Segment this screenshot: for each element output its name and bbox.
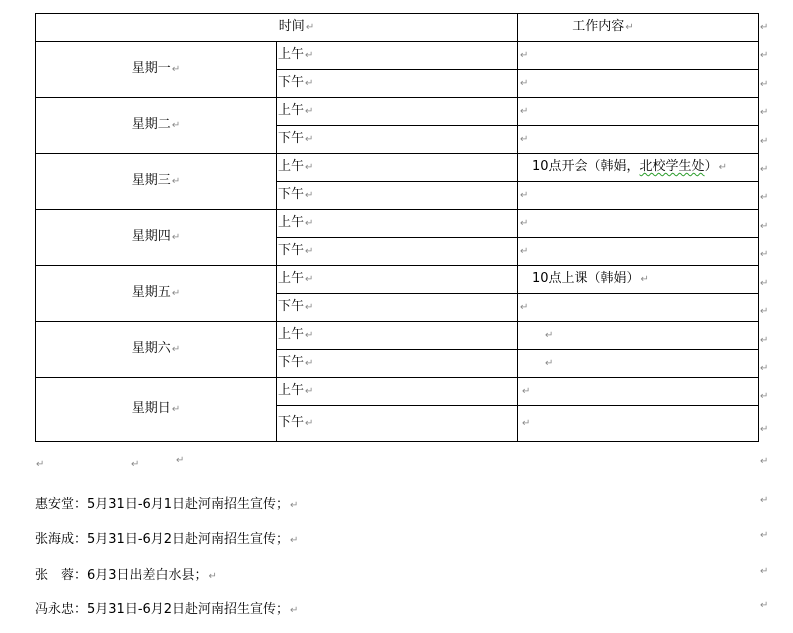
row-end-mark-icon: ↵ <box>760 249 768 260</box>
day-label: 星期日 <box>132 401 171 416</box>
note-paragraph[interactable]: 惠安堂：5月31日-6月1日赴河南招生宣传；↵ <box>35 493 298 512</box>
paragraph-mark-icon: ↵ <box>641 274 649 285</box>
half-day-cell[interactable]: 上午↵ <box>277 154 518 182</box>
row-end-mark-icon: ↵ <box>760 192 768 203</box>
paragraph-mark-icon: ↵ <box>305 190 313 201</box>
day-label: 星期一 <box>132 61 171 76</box>
content-cell-saturday-pm[interactable]: ↵ <box>518 350 759 378</box>
row-end-mark-icon: ↵ <box>760 221 768 232</box>
pm-label: 下午 <box>278 243 304 258</box>
paragraph-mark-icon: ↵ <box>172 288 180 299</box>
am-label: 上午 <box>278 215 304 230</box>
paragraph-mark-icon: ↵ <box>625 22 633 33</box>
paragraph-mark-icon: ↵ <box>305 78 313 89</box>
pm-label: 下午 <box>278 75 304 90</box>
row-end-mark-icon: ↵ <box>760 363 768 374</box>
content-cell-sunday-pm[interactable]: ↵ <box>518 406 759 442</box>
paragraph-mark-icon: ↵ <box>305 358 313 369</box>
day-cell-wednesday[interactable]: 星期三↵ <box>36 154 277 210</box>
paragraph-mark-icon: ↵ <box>305 246 313 257</box>
paragraph-mark-icon: ↵ <box>305 50 313 61</box>
paragraph-mark-icon: ↵ <box>305 134 313 145</box>
content-cell-monday-am[interactable]: ↵ <box>518 42 759 70</box>
table-row: 星期日↵ 上午↵ ↵ <box>36 378 759 406</box>
paragraph-mark-icon: ↵ <box>290 605 298 616</box>
header-content: 工作内容 <box>572 19 624 34</box>
half-day-cell[interactable]: 下午↵ <box>277 350 518 378</box>
paragraph-mark-icon: ↵ <box>172 64 180 75</box>
row-end-mark-icon: ↵ <box>760 335 768 346</box>
day-label: 星期三 <box>132 173 171 188</box>
row-end-mark-icon: ↵ <box>760 79 768 90</box>
paragraph-mark-icon: ↵ <box>519 358 553 369</box>
paragraph-mark-icon: ↵ <box>36 459 44 470</box>
content-cell-wednesday-pm[interactable]: ↵ <box>518 182 759 210</box>
row-end-mark-icon: ↵ <box>760 136 768 147</box>
header-content-cell[interactable]: 工作内容↵ <box>518 14 759 42</box>
content-cell-friday-am[interactable]: 10点上课（韩娟）↵ <box>518 266 759 294</box>
spellcheck-underlined-text: 北校学生处 <box>640 159 705 174</box>
paragraph-mark-icon: ↵ <box>519 330 553 341</box>
note-paragraph[interactable]: 张 蓉：6月3日出差白水县；↵ <box>35 564 217 583</box>
half-day-cell[interactable]: 下午↵ <box>277 70 518 98</box>
paragraph-mark-icon: ↵ <box>172 176 180 187</box>
am-label: 上午 <box>278 327 304 342</box>
pm-label: 下午 <box>278 415 304 430</box>
content-cell-thursday-am[interactable]: ↵ <box>518 210 759 238</box>
paragraph-mark-icon: ↵ <box>519 106 528 117</box>
paragraph-mark-icon: ↵ <box>172 404 180 415</box>
header-row: 时间↵ 工作内容↵ <box>36 14 759 42</box>
content-cell-thursday-pm[interactable]: ↵ <box>518 238 759 266</box>
row-end-mark-icon: ↵ <box>760 306 768 317</box>
row-end-mark-icon: ↵ <box>760 50 768 61</box>
day-cell-monday[interactable]: 星期一↵ <box>36 42 277 98</box>
paragraph-mark-icon: ↵ <box>519 190 528 201</box>
day-label: 星期四 <box>132 229 171 244</box>
pm-label: 下午 <box>278 355 304 370</box>
content-cell-sunday-am[interactable]: ↵ <box>518 378 759 406</box>
weekly-schedule-table: 时间↵ 工作内容↵ 星期一↵ 上午↵ ↵ 下午↵ ↵ 星期二↵ 上午↵ ↵ 下午… <box>35 13 759 442</box>
paragraph-mark-icon: ↵ <box>176 455 184 466</box>
half-day-cell[interactable]: 下午↵ <box>277 126 518 154</box>
row-end-mark-icon: ↵ <box>760 22 768 33</box>
am-label: 上午 <box>278 271 304 286</box>
note-paragraph[interactable]: 冯永忠：5月31日-6月2日赴河南招生宣传；↵ <box>35 598 298 617</box>
paragraph-mark-icon: ↵ <box>305 386 313 397</box>
paragraph-mark-icon: ↵ <box>760 530 768 541</box>
paragraph-mark-icon: ↵ <box>209 571 217 582</box>
table-row: 星期四↵ 上午↵ ↵ <box>36 210 759 238</box>
paragraph-mark-icon: ↵ <box>290 535 298 546</box>
content-cell-monday-pm[interactable]: ↵ <box>518 70 759 98</box>
half-day-cell[interactable]: 上午↵ <box>277 266 518 294</box>
half-day-cell[interactable]: 下午↵ <box>277 294 518 322</box>
day-label: 星期二 <box>132 117 171 132</box>
content-cell-friday-pm[interactable]: ↵ <box>518 294 759 322</box>
day-label: 星期五 <box>132 285 171 300</box>
table-row: 星期五↵ 上午↵ 10点上课（韩娟）↵ <box>36 266 759 294</box>
paragraph-mark-icon: ↵ <box>719 162 727 173</box>
half-day-cell[interactable]: 上午↵ <box>277 210 518 238</box>
header-time-cell[interactable]: 时间↵ <box>36 14 518 42</box>
content-cell-tuesday-am[interactable]: ↵ <box>518 98 759 126</box>
row-end-mark-icon: ↵ <box>760 107 768 118</box>
paragraph-mark-icon: ↵ <box>305 218 313 229</box>
row-end-mark-icon: ↵ <box>760 278 768 289</box>
am-label: 上午 <box>278 159 304 174</box>
day-cell-sunday[interactable]: 星期日↵ <box>36 378 277 442</box>
paragraph-mark-icon: ↵ <box>519 246 528 257</box>
paragraph-mark-icon: ↵ <box>290 500 298 511</box>
paragraph-mark-icon: ↵ <box>519 218 528 229</box>
am-label: 上午 <box>278 103 304 118</box>
half-day-cell[interactable]: 上午↵ <box>277 378 518 406</box>
pm-label: 下午 <box>278 187 304 202</box>
paragraph-mark-icon: ↵ <box>519 386 530 397</box>
paragraph-mark-icon: ↵ <box>760 456 768 467</box>
paragraph-mark-icon: ↵ <box>760 600 768 611</box>
half-day-cell[interactable]: 下午↵ <box>277 182 518 210</box>
entry-text: 10点上课（韩娟） <box>518 271 640 286</box>
paragraph-mark-icon: ↵ <box>172 232 180 243</box>
paragraph-mark-icon: ↵ <box>305 274 313 285</box>
paragraph-mark-icon: ↵ <box>306 22 314 33</box>
paragraph-mark-icon: ↵ <box>172 344 180 355</box>
header-time: 时间 <box>279 19 305 34</box>
paragraph-mark-icon: ↵ <box>305 106 313 117</box>
day-cell-saturday[interactable]: 星期六↵ <box>36 322 277 378</box>
paragraph-mark-icon: ↵ <box>519 50 528 61</box>
paragraph-mark-icon: ↵ <box>172 120 180 131</box>
paragraph-mark-icon: ↵ <box>305 302 313 313</box>
row-end-mark-icon: ↵ <box>760 424 768 435</box>
paragraph-mark-icon: ↵ <box>519 418 530 429</box>
am-label: 上午 <box>278 383 304 398</box>
paragraph-mark-icon: ↵ <box>305 418 313 429</box>
table-row: 星期六↵ 上午↵ ↵ <box>36 322 759 350</box>
paragraph-mark-icon: ↵ <box>519 302 528 313</box>
half-day-cell[interactable]: 上午↵ <box>277 322 518 350</box>
paragraph-mark-icon: ↵ <box>305 162 313 173</box>
table-row: 星期二↵ 上午↵ ↵ <box>36 98 759 126</box>
paragraph-mark-icon: ↵ <box>519 134 528 145</box>
pm-label: 下午 <box>278 299 304 314</box>
content-cell-tuesday-pm[interactable]: ↵ <box>518 126 759 154</box>
day-label: 星期六 <box>132 341 171 356</box>
day-cell-thursday[interactable]: 星期四↵ <box>36 210 277 266</box>
am-label: 上午 <box>278 47 304 62</box>
paragraph-mark-icon: ↵ <box>305 330 313 341</box>
half-day-cell[interactable]: 下午↵ <box>277 406 518 442</box>
content-cell-saturday-am[interactable]: ↵ <box>518 322 759 350</box>
half-day-cell[interactable]: 上午↵ <box>277 98 518 126</box>
paragraph-mark-icon: ↵ <box>131 459 139 470</box>
half-day-cell[interactable]: 下午↵ <box>277 238 518 266</box>
entry-text: 10点开会（韩娟，北校学生处） <box>518 159 718 174</box>
day-cell-tuesday[interactable]: 星期二↵ <box>36 98 277 154</box>
paragraph-mark-icon: ↵ <box>519 78 528 89</box>
content-cell-wednesday-am[interactable]: 10点开会（韩娟，北校学生处）↵ <box>518 154 759 182</box>
paragraph-mark-icon: ↵ <box>760 495 768 506</box>
half-day-cell[interactable]: 上午↵ <box>277 42 518 70</box>
paragraph-mark-icon: ↵ <box>760 566 768 577</box>
day-cell-friday[interactable]: 星期五↵ <box>36 266 277 322</box>
table-row: 星期一↵ 上午↵ ↵ <box>36 42 759 70</box>
table-row: 星期三↵ 上午↵ 10点开会（韩娟，北校学生处）↵ <box>36 154 759 182</box>
row-end-mark-icon: ↵ <box>760 391 768 402</box>
note-paragraph[interactable]: 张海成：5月31日-6月2日赴河南招生宣传；↵ <box>35 528 298 547</box>
row-end-mark-icon: ↵ <box>760 164 768 175</box>
pm-label: 下午 <box>278 131 304 146</box>
